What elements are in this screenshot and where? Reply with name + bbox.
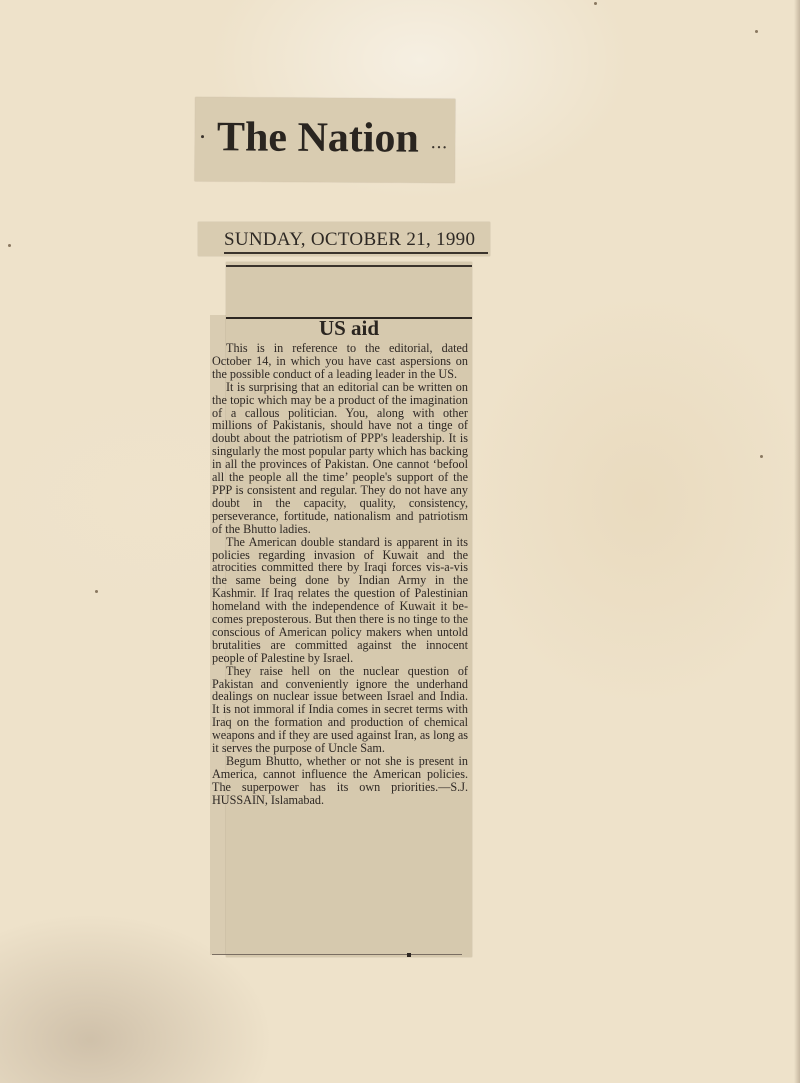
masthead-trailing-dots: ··· xyxy=(431,141,448,157)
newspaper-masthead: The Nation xyxy=(217,113,419,162)
article-paragraph: The American double standard is apparent… xyxy=(212,536,468,665)
column-end-mark xyxy=(407,953,411,957)
masthead-dot xyxy=(201,135,204,138)
article-body: This is in reference to the editorial, d… xyxy=(212,342,468,807)
article-paragraph: Begum Bhutto, whether or not she is pres… xyxy=(212,755,468,807)
paper-speck xyxy=(594,2,597,5)
page-edge-shadow xyxy=(794,0,800,1083)
paper-speck xyxy=(8,244,11,247)
paper-speck xyxy=(760,455,763,458)
publication-date: SUNDAY, OCTOBER 21, 1990 xyxy=(224,229,475,251)
article-paragraph: This is in reference to the editorial, d… xyxy=(212,342,468,381)
article-headline: US aid xyxy=(226,316,472,341)
article-paragraph: It is surprising that an editorial can b… xyxy=(212,381,468,536)
dateline-clipping: SUNDAY, OCTOBER 21, 1990 xyxy=(198,222,490,256)
paper-speck xyxy=(755,30,758,33)
masthead-clipping: The Nation ··· xyxy=(195,97,456,183)
dateline-rule xyxy=(224,252,488,254)
letter-clipping: US aid This is in reference to the edito… xyxy=(226,262,472,957)
column-bottom-rule xyxy=(212,954,462,955)
paper-speck xyxy=(95,590,98,593)
column-top-rule xyxy=(226,265,472,267)
article-paragraph: They raise hell on the nuclear ques­tion… xyxy=(212,665,468,755)
